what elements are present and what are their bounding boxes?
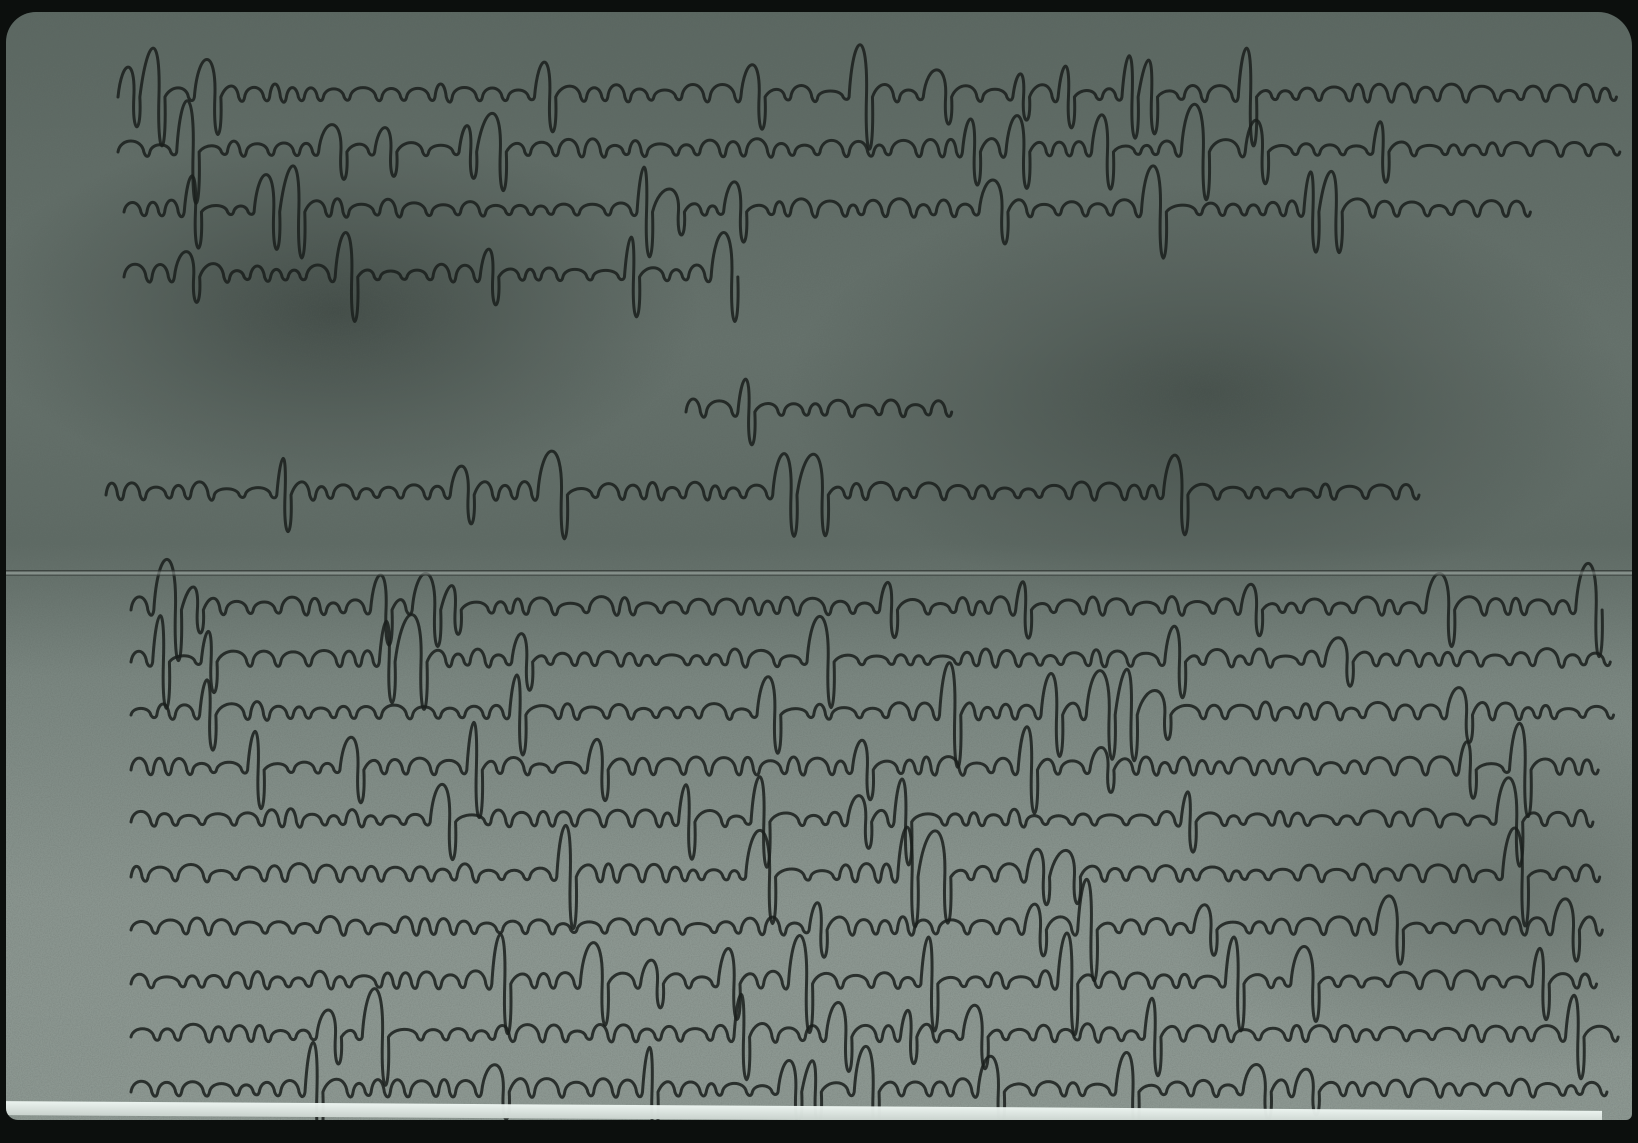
section-line [106,451,1419,539]
text-line-11 [131,879,1602,980]
text-line-6 [131,615,1610,710]
text-line-1 [118,45,1616,149]
text-line-3 [124,166,1530,258]
center-heading [686,379,952,445]
text-line-2 [118,101,1620,204]
page-fold [6,570,1632,576]
manuscript-page: Javanese script (Aksara Jawa), cursive h… [6,12,1632,1120]
text-line-13 [131,989,1618,1086]
handwritten-text [6,12,1632,1120]
text-line-9 [131,777,1593,868]
text-line-12 [131,933,1597,1035]
text-line-7 [131,663,1614,768]
